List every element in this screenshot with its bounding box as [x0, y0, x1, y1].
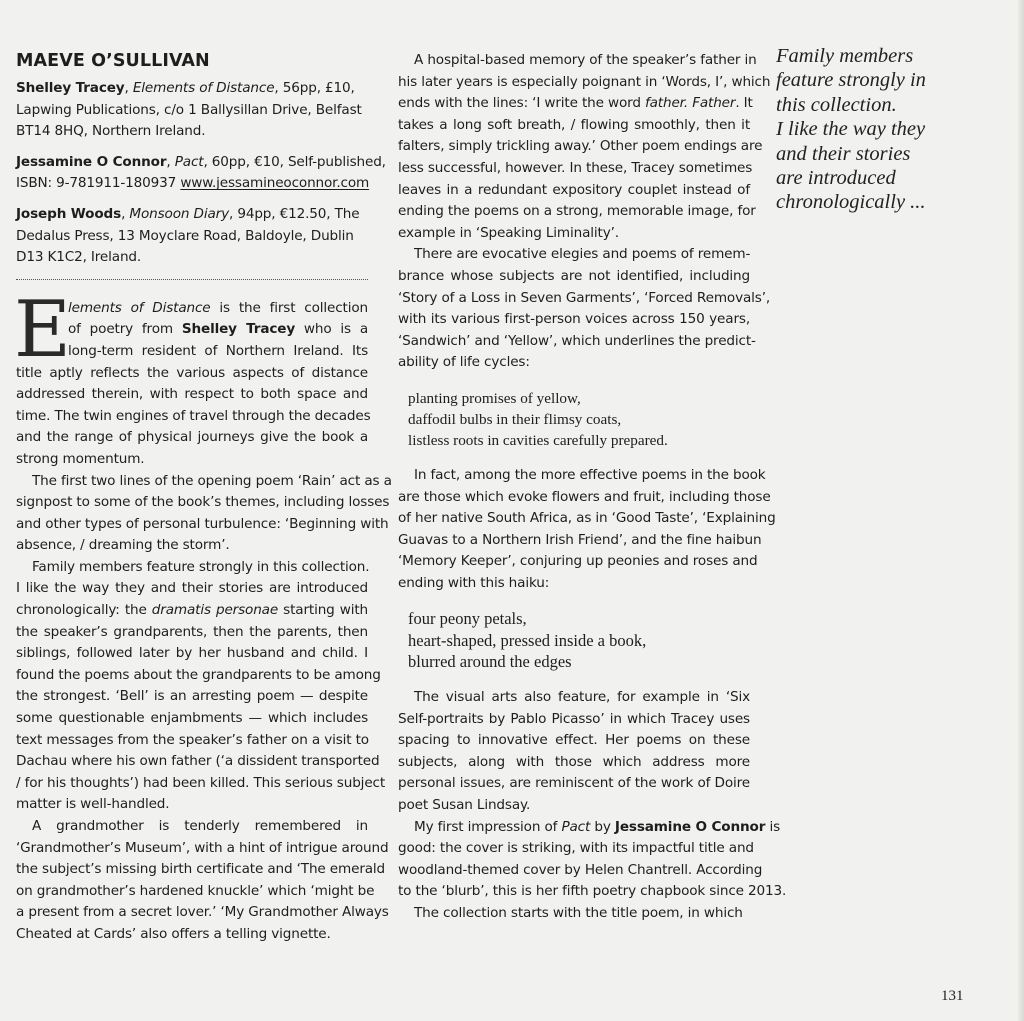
- paragraph: A hospital-based memory of the speaker’s…: [398, 50, 750, 244]
- text-run: Family members feature strongly in this …: [32, 559, 369, 575]
- text-run: ends with the lines: ‘I write the word: [398, 95, 645, 111]
- text-line: ‘Memory Keeper’, conjuring up peonies an…: [398, 551, 750, 573]
- text-line: / for his thoughts’) had been killed. Th…: [16, 773, 368, 795]
- left-column: MAEVE O’SULLIVAN Shelley Tracey, Element…: [16, 50, 368, 946]
- text-run: Dachau where his own father (‘a dissiden…: [16, 753, 379, 769]
- text-run: , 94pp, €12.50, The: [229, 206, 359, 222]
- opening-paragraph: E lements of Distance is the first colle…: [16, 298, 368, 363]
- text-line: on grandmother’s hardened knuckle’ which…: [16, 881, 368, 903]
- paragraph: The visual arts also feature, for exampl…: [398, 687, 750, 817]
- text-run: siblings, followed later by her husband …: [16, 645, 368, 661]
- verse-line: planting promises of yellow,: [408, 388, 750, 409]
- paragraph: The collection starts with the title poe…: [398, 903, 750, 925]
- text-run: with its various first-person voices acr…: [398, 311, 750, 327]
- text-line: text messages from the speaker’s father …: [16, 730, 368, 752]
- reviewer-name: MAEVE O’SULLIVAN: [16, 50, 368, 72]
- text-line: Cheated at Cards’ also offers a telling …: [16, 924, 368, 946]
- text-run: a present from a secret lover.’ ‘My Gran…: [16, 904, 389, 920]
- text-run: matter is well-handled.: [16, 796, 169, 812]
- paragraph: My first impression of Pact by Jessamine…: [398, 817, 750, 903]
- text-run: less successful, however. In these, Trac…: [398, 160, 752, 176]
- italic-title: Elements of Distance: [133, 80, 275, 96]
- book-entry: Jessamine O Connor, Pact, 60pp, €10, Sel…: [16, 152, 368, 195]
- text-line: Shelley Tracey, Elements of Distance, 56…: [16, 78, 368, 100]
- text-run: text messages from the speaker’s father …: [16, 732, 369, 748]
- text-run: example in ‘Speaking Liminality’.: [398, 225, 619, 241]
- text-line: Jessamine O Connor, Pact, 60pp, €10, Sel…: [16, 152, 368, 174]
- verse-line: daffodil bulbs in their flimsy coats,: [408, 409, 750, 430]
- text-run: Cheated at Cards’ also offers a telling …: [16, 926, 331, 942]
- text-run: , 56pp, £10,: [274, 80, 354, 96]
- text-line: Dedalus Press, 13 Moyclare Road, Baldoyl…: [16, 226, 368, 248]
- text-line: time. The twin engines of travel through…: [16, 406, 368, 428]
- text-run: subjects, along with those which address…: [398, 754, 750, 770]
- text-line: his later years is especially poignant i…: [398, 72, 750, 94]
- pull-quote-line: are introduced: [776, 166, 966, 190]
- text-line: good: the cover is striking, with its im…: [398, 838, 750, 860]
- text-line: ISBN: 9-781911-180937 www.jessamineoconn…: [16, 173, 368, 195]
- pull-quote-line: Family members: [776, 44, 966, 68]
- text-line: In fact, among the more effective poems …: [398, 465, 750, 487]
- text-run: good: the cover is striking, with its im…: [398, 840, 754, 856]
- text-run: personal issues, are reminiscent of the …: [398, 775, 750, 791]
- text-run: ,: [166, 154, 174, 170]
- middle-body-text: A hospital-based memory of the speaker’s…: [398, 50, 750, 925]
- text-run: ‘Memory Keeper’, conjuring up peonies an…: [398, 553, 757, 569]
- middle-column: A hospital-based memory of the speaker’s…: [398, 50, 750, 925]
- text-line: the strongest. ‘Bell’ is an arresting po…: [16, 686, 368, 708]
- text-line: ending with this haiku:: [398, 573, 750, 595]
- pull-quote-line: this collection.: [776, 93, 966, 117]
- text-line: Lapwing Publications, c/o 1 Ballysillan …: [16, 100, 368, 122]
- verse-line: blurred around the edges: [408, 651, 750, 673]
- text-run: The first two lines of the opening poem …: [32, 473, 392, 489]
- text-line: and the range of physical journeys give …: [16, 427, 368, 449]
- text-run: are those which evoke flowers and fruit,…: [398, 489, 771, 505]
- text-run: signpost to some of the book’s themes, i…: [16, 494, 389, 510]
- text-line: subjects, along with those which address…: [398, 752, 750, 774]
- text-run: on grandmother’s hardened knuckle’ which…: [16, 883, 374, 899]
- text-run: D13 K1C2, Ireland.: [16, 249, 141, 265]
- paragraph: A grandmother is tenderly remembered in‘…: [16, 816, 368, 946]
- text-run: / for his thoughts’) had been killed. Th…: [16, 775, 385, 791]
- bibliography-list: Shelley Tracey, Elements of Distance, 56…: [16, 78, 368, 269]
- drop-cap: E: [14, 299, 71, 361]
- bold-name: Shelley Tracey: [182, 321, 295, 337]
- text-line: The visual arts also feature, for exampl…: [398, 687, 750, 709]
- text-line: spacing to innovative effect. Her poems …: [398, 730, 750, 752]
- paragraph: title aptly reflects the various aspects…: [16, 363, 368, 471]
- text-run: poet Susan Lindsay.: [398, 797, 530, 813]
- text-run: some questionable enjambments — which in…: [16, 710, 368, 726]
- text-line: chronologically: the dramatis personae s…: [16, 600, 368, 622]
- text-line: found the poems about the grandparents t…: [16, 665, 368, 687]
- text-line: siblings, followed later by her husband …: [16, 643, 368, 665]
- pull-quote-line: feature strongly in: [776, 68, 966, 92]
- text-line: addressed therein, with respect to both …: [16, 384, 368, 406]
- text-line: with its various first-person voices acr…: [398, 309, 750, 331]
- text-run: of poetry from: [68, 321, 182, 337]
- text-run: ending with this haiku:: [398, 575, 549, 591]
- text-line: The first two lines of the opening poem …: [16, 471, 368, 493]
- text-run: found the poems about the grandparents t…: [16, 667, 381, 683]
- text-line: the subject’s missing birth certificate …: [16, 859, 368, 881]
- text-run: I like the way they and their stories ar…: [16, 580, 368, 596]
- paragraph: In fact, among the more effective poems …: [398, 465, 750, 595]
- text-run: ‘Story of a Loss in Seven Garments’, ‘Fo…: [398, 290, 770, 306]
- text-run: BT14 8HQ, Northern Ireland.: [16, 123, 205, 139]
- text-line: matter is well-handled.: [16, 794, 368, 816]
- verse-line: four peony petals,: [408, 608, 750, 630]
- text-run: and the range of physical journeys give …: [16, 429, 368, 445]
- text-line: Joseph Woods, Monsoon Diary, 94pp, €12.5…: [16, 204, 368, 226]
- website-link[interactable]: www.jessamineoconnor.com: [180, 175, 369, 191]
- text-run: strong momentum.: [16, 451, 144, 467]
- text-line: Guavas to a Northern Irish Friend’, and …: [398, 530, 750, 552]
- text-run: starting with: [278, 602, 368, 618]
- text-run: woodland-themed cover by Helen Chantrell…: [398, 862, 762, 878]
- text-line: a present from a secret lover.’ ‘My Gran…: [16, 902, 368, 924]
- text-run: spacing to innovative effect. Her poems …: [398, 732, 750, 748]
- bold-name: Joseph Woods: [16, 206, 121, 222]
- text-line: ending the poems on a strong, memorable …: [398, 201, 750, 223]
- page-edge-shadow: [1018, 0, 1024, 1021]
- italic-title: Monsoon Diary: [129, 206, 229, 222]
- text-run: ‘Grandmother’s Museum’, with a hint of i…: [16, 840, 388, 856]
- text-line: some questionable enjambments — which in…: [16, 708, 368, 730]
- pull-quote-line: and their stories: [776, 142, 966, 166]
- text-line: to the ‘blurb’, this is her fifth poetry…: [398, 881, 750, 903]
- book-entry: Shelley Tracey, Elements of Distance, 56…: [16, 78, 368, 143]
- text-run: ability of life cycles:: [398, 354, 530, 370]
- paragraph: There are evocative elegies and poems of…: [398, 244, 750, 374]
- text-run: his later years is especially poignant i…: [398, 74, 770, 90]
- text-line: takes a long soft breath, / flowing smoo…: [398, 115, 750, 137]
- text-run: The collection starts with the title poe…: [414, 905, 743, 921]
- text-run: who is a: [295, 321, 368, 337]
- text-run: and other types of personal turbulence: …: [16, 516, 389, 532]
- paragraph: The first two lines of the opening poem …: [16, 471, 368, 557]
- text-line: There are evocative elegies and poems of…: [398, 244, 750, 266]
- text-run: time. The twin engines of travel through…: [16, 408, 371, 424]
- pull-quote-line: I like the way they: [776, 117, 966, 141]
- text-run: absence, / dreaming the storm’.: [16, 537, 230, 553]
- text-line: ability of life cycles:: [398, 352, 750, 374]
- paragraph: Family members feature strongly in this …: [16, 557, 368, 816]
- poem-quote: planting promises of yellow,daffodil bul…: [408, 388, 750, 451]
- verse-line: listless roots in cavities carefully pre…: [408, 430, 750, 451]
- text-line: are those which evoke flowers and fruit,…: [398, 487, 750, 509]
- text-run: Dedalus Press, 13 Moyclare Road, Baldoyl…: [16, 228, 354, 244]
- text-line: ends with the lines: ‘I write the word f…: [398, 93, 750, 115]
- book-entry: Joseph Woods, Monsoon Diary, 94pp, €12.5…: [16, 204, 368, 269]
- haiku-quote: four peony petals,heart-shaped, pressed …: [408, 608, 750, 673]
- text-run: leaves in a redundant expository couplet…: [398, 182, 750, 198]
- text-line: absence, / dreaming the storm’.: [16, 535, 368, 557]
- text-line: A grandmother is tenderly remembered in: [16, 816, 368, 838]
- text-line: ‘Grandmother’s Museum’, with a hint of i…: [16, 838, 368, 860]
- italic-title: father. Father: [645, 95, 735, 111]
- text-line: personal issues, are reminiscent of the …: [398, 773, 750, 795]
- pull-quote-line: chronologically ...: [776, 190, 966, 214]
- text-run: falters, simply trickling away.’ Other p…: [398, 138, 762, 154]
- text-line: My first impression of Pact by Jessamine…: [398, 817, 750, 839]
- dotted-divider: [16, 279, 368, 280]
- text-line: brance whose subjects are not identified…: [398, 266, 750, 288]
- text-run: A grandmother is tenderly remembered in: [32, 818, 368, 834]
- text-run: to the ‘blurb’, this is her fifth poetry…: [398, 883, 786, 899]
- page-number: 131: [941, 988, 964, 1005]
- bold-name: Jessamine O Connor: [615, 819, 765, 835]
- text-line: the speaker’s grandparents, then the par…: [16, 622, 368, 644]
- text-run: , 60pp, €10, Self-published,: [203, 154, 385, 170]
- text-line: ‘Sandwich’ and ‘Yellow’, which underline…: [398, 331, 750, 353]
- text-run: by: [590, 819, 615, 835]
- text-line: strong momentum.: [16, 449, 368, 471]
- left-body-text: title aptly reflects the various aspects…: [16, 363, 368, 946]
- text-run: In fact, among the more effective poems …: [414, 467, 766, 483]
- text-run: brance whose subjects are not identified…: [398, 268, 750, 284]
- text-line: A hospital-based memory of the speaker’s…: [398, 50, 750, 72]
- text-run: is the first collection: [211, 300, 368, 316]
- text-run: ending the poems on a strong, memorable …: [398, 203, 756, 219]
- text-run: chronologically: the: [16, 602, 152, 618]
- text-run: Guavas to a Northern Irish Friend’, and …: [398, 532, 761, 548]
- text-run: the speaker’s grandparents, then the par…: [16, 624, 368, 640]
- bold-name: Shelley Tracey: [16, 80, 125, 96]
- text-line: I like the way they and their stories ar…: [16, 578, 368, 600]
- text-run: long-term resident of Northern Ireland. …: [68, 343, 368, 359]
- text-line: ‘Story of a Loss in Seven Garments’, ‘Fo…: [398, 288, 750, 310]
- text-line: Self-portraits by Pablo Picasso’ in whic…: [398, 709, 750, 731]
- text-run: Self-portraits by Pablo Picasso’ in whic…: [398, 711, 750, 727]
- text-run: A hospital-based memory of the speaker’s…: [414, 52, 757, 68]
- italic-title: dramatis personae: [152, 602, 278, 618]
- italic-title: Pact: [175, 154, 204, 170]
- text-line: and other types of personal turbulence: …: [16, 514, 368, 536]
- text-run: ISBN: 9-781911-180937: [16, 175, 180, 191]
- text-run: . It: [735, 95, 752, 111]
- italic-title: Pact: [561, 819, 590, 835]
- text-run: The visual arts also feature, for exampl…: [414, 689, 750, 705]
- pull-quote: Family membersfeature strongly inthis co…: [776, 44, 966, 215]
- text-line: D13 K1C2, Ireland.: [16, 247, 368, 269]
- text-line: Family members feature strongly in this …: [16, 557, 368, 579]
- bold-name: Jessamine O Connor: [16, 154, 166, 170]
- text-run: addressed therein, with respect to both …: [16, 386, 368, 402]
- text-run: of her native South Africa, as in ‘Good …: [398, 510, 776, 526]
- verse-line: heart-shaped, pressed inside a book,: [408, 630, 750, 652]
- text-run: Lapwing Publications, c/o 1 Ballysillan …: [16, 102, 362, 118]
- text-line: woodland-themed cover by Helen Chantrell…: [398, 860, 750, 882]
- text-line: BT14 8HQ, Northern Ireland.: [16, 121, 368, 143]
- text-run: is: [765, 819, 780, 835]
- text-run: takes a long soft breath, / flowing smoo…: [398, 117, 750, 133]
- text-line: example in ‘Speaking Liminality’.: [398, 223, 750, 245]
- text-run: My first impression of: [414, 819, 561, 835]
- text-line: poet Susan Lindsay.: [398, 795, 750, 817]
- text-line: leaves in a redundant expository couplet…: [398, 180, 750, 202]
- text-line: signpost to some of the book’s themes, i…: [16, 492, 368, 514]
- text-run: ,: [125, 80, 133, 96]
- text-line: The collection starts with the title poe…: [398, 903, 750, 925]
- text-line: of her native South Africa, as in ‘Good …: [398, 508, 750, 530]
- text-run: ‘Sandwich’ and ‘Yellow’, which underline…: [398, 333, 756, 349]
- text-line: Dachau where his own father (‘a dissiden…: [16, 751, 368, 773]
- italic-title: lements of Distance: [68, 300, 211, 316]
- text-line: falters, simply trickling away.’ Other p…: [398, 136, 750, 158]
- text-run: the subject’s missing birth certificate …: [16, 861, 385, 877]
- text-line: less successful, however. In these, Trac…: [398, 158, 750, 180]
- text-run: There are evocative elegies and poems of…: [414, 246, 750, 262]
- text-run: the strongest. ‘Bell’ is an arresting po…: [16, 688, 368, 704]
